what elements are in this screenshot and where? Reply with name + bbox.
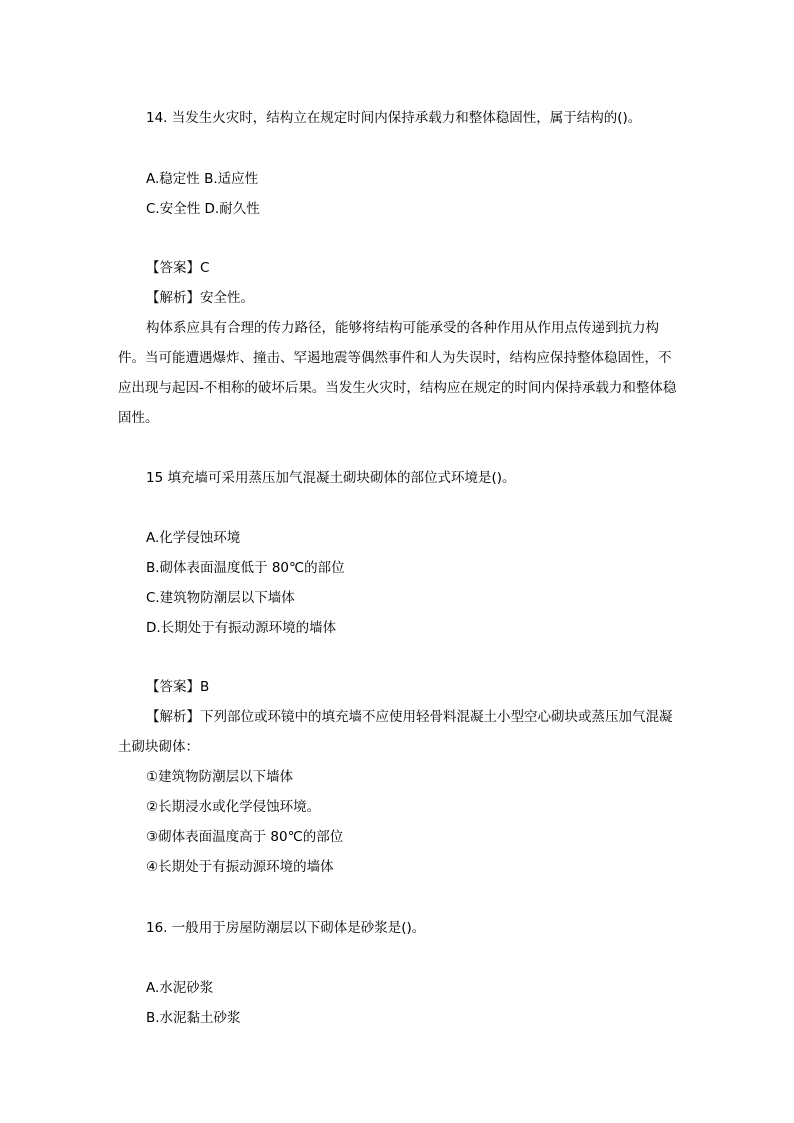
q15-list-item-4: ④长期处于有振动源环境的墙体 xyxy=(146,857,334,877)
q15-list-item-2: ②长期浸水或化学侵蚀环境。 xyxy=(146,797,320,817)
q14-options-cd: C.安全性 D.耐久性 xyxy=(146,199,260,219)
q16-option-b: B.水泥黏土砂浆 xyxy=(146,1008,241,1028)
q14-question: 14. 当发生火灾时，结构立在规定时间内保持承载力和整体稳固性，属于结构的()。 xyxy=(146,108,641,128)
q15-analysis-body: 【解析】下列部位或环镜中的填充墙不应使用轻骨料混凝土小型空心砌块或蒸压加气混凝土… xyxy=(118,702,678,762)
q15-option-c: C.建筑物防潮层以下墙体 xyxy=(146,588,295,608)
q16-question: 16. 一般用于房屋防潮层以下砌体是砂浆是()。 xyxy=(146,918,425,938)
q14-analysis-body: 构体系应具有合理的传力路径，能够将结构可能承受的各种作用从作用点传递到抗力构件。… xyxy=(118,313,678,433)
q15-option-a: A.化学侵蚀环境 xyxy=(146,528,240,548)
q15-list-item-3: ③砌体表面温度高于 80℃的部位 xyxy=(146,827,343,847)
q15-option-d: D.长期处于有振动源环境的墙体 xyxy=(146,618,336,638)
q16-option-a: A.水泥砂浆 xyxy=(146,978,213,998)
q15-list-item-1: ①建筑物防潮层以下墙体 xyxy=(146,767,293,787)
q14-options-ab: A.稳定性 B.适应性 xyxy=(146,169,258,189)
q15-option-b: B.砌体表面温度低于 80℃的部位 xyxy=(146,558,345,578)
q15-question: 15 填充墙可采用蒸压加气混凝土砌块砌体的部位式环境是()。 xyxy=(146,468,516,488)
q15-answer: 【答案】B xyxy=(146,677,209,697)
q14-analysis-head: 【解析】安全性。 xyxy=(146,288,254,308)
q14-answer: 【答案】C xyxy=(146,258,209,278)
